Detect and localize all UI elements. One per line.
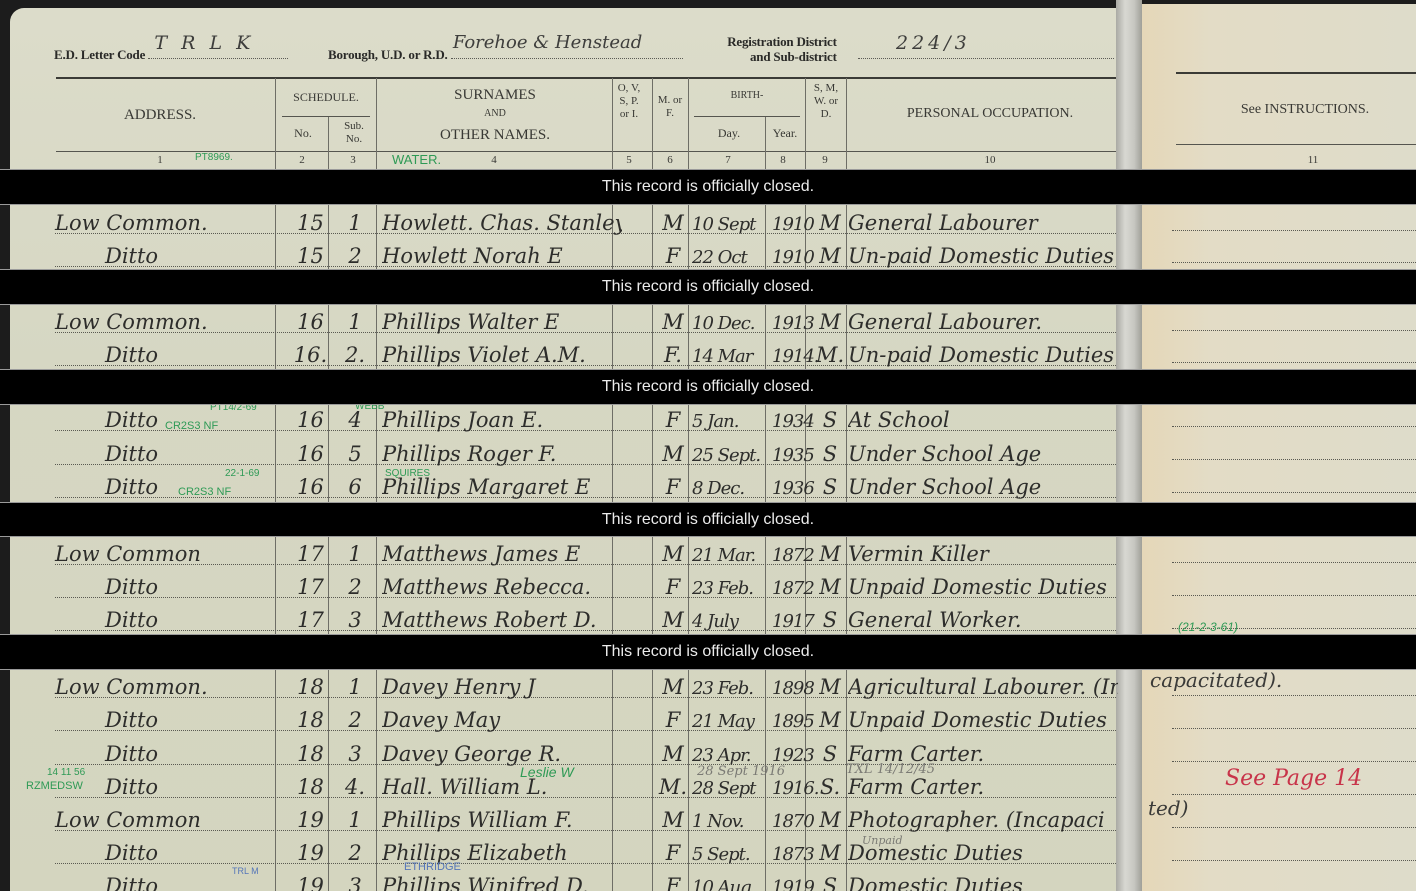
name-cell: Phillips William F. bbox=[382, 808, 622, 832]
birth-day-cell: 23 Feb. bbox=[692, 678, 780, 699]
occupation-cell: General Labourer. bbox=[848, 310, 1118, 334]
occupation-cell: At School bbox=[848, 408, 1118, 432]
right-page-dotted-rule bbox=[1172, 492, 1416, 493]
schedule-sub-cell: 1 bbox=[340, 211, 370, 235]
name-cell: Phillips Winifred D. bbox=[382, 874, 622, 891]
birth-day-cell: 22 Oct bbox=[692, 247, 780, 268]
book-gutter bbox=[1116, 0, 1142, 891]
occupation-cell: General Worker. bbox=[848, 608, 1118, 632]
col-smwd: S, M, W. or D. bbox=[808, 82, 844, 121]
right-page-dotted-rule bbox=[1172, 794, 1416, 795]
marital-status-cell: S bbox=[816, 442, 844, 466]
birth-year-cell: 1910 bbox=[772, 247, 816, 268]
marital-status-cell: S bbox=[816, 874, 844, 891]
name-cell: Matthews Rebecca. bbox=[382, 575, 622, 599]
schedule-sub-cell: 3 bbox=[340, 608, 370, 632]
annotation-joan-ref: CR2S3 NF bbox=[165, 420, 218, 432]
name-cell: Phillips Walter E bbox=[382, 310, 622, 334]
census-record-row: Low Common.181Davey Henry JM23 Feb.1898M… bbox=[10, 667, 1116, 700]
sex-cell: M bbox=[658, 310, 688, 334]
sex-cell: F bbox=[658, 408, 688, 432]
sex-cell: F bbox=[658, 475, 688, 499]
sex-cell: F bbox=[658, 244, 688, 268]
schedule-no-cell: 19 bbox=[288, 841, 333, 865]
closed-record-banner: This record is officially closed. bbox=[0, 169, 1416, 205]
census-record-row: Ditto183Davey George R.M23 Apr.1923SFarm… bbox=[10, 734, 1116, 767]
closed-record-banner: This record is officially closed. bbox=[0, 269, 1416, 305]
sex-cell: M bbox=[658, 608, 688, 632]
birth-year-cell: 1913 bbox=[772, 313, 816, 334]
annotation-top-address: PT8969. bbox=[195, 152, 233, 163]
birth-day-cell: 10 Sept bbox=[692, 214, 780, 235]
schedule-sub-cell: 2 bbox=[340, 244, 370, 268]
schedule-sub-cell: 6 bbox=[340, 475, 370, 499]
sex-cell: M bbox=[658, 542, 688, 566]
column-number: 3 bbox=[343, 154, 363, 166]
annotation-hall-name: Leslie W bbox=[520, 764, 574, 780]
registration-label-2: and Sub-district bbox=[720, 49, 837, 64]
right-page-dotted-rule bbox=[1172, 827, 1416, 828]
schedule-no-cell: 15 bbox=[288, 211, 333, 235]
marital-status-cell: M bbox=[816, 841, 844, 865]
right-page-dotted-rule bbox=[1172, 330, 1416, 331]
marital-status-cell: S bbox=[816, 742, 844, 766]
birth-year-cell: 1872 bbox=[772, 578, 816, 599]
birth-day-cell: 4 July bbox=[692, 611, 780, 632]
borough-value: Forehoe & Henstead bbox=[453, 32, 642, 53]
schedule-sub-cell: 4. bbox=[340, 775, 370, 799]
census-record-row: Ditto152Howlett Norah EF22 Oct1910MUn-pa… bbox=[10, 236, 1116, 269]
birth-year-cell: 1895 bbox=[772, 711, 816, 732]
name-cell: Howlett Norah E bbox=[382, 244, 622, 268]
occupation-cell: Photographer. (Incapaci bbox=[848, 808, 1118, 832]
column-number: 11 bbox=[1303, 154, 1323, 166]
col-mf: M. or F. bbox=[654, 94, 686, 120]
census-record-row: Ditto166Phillips Margaret EF8 Dec.1936SU… bbox=[10, 467, 1116, 500]
birth-day-cell: 5 Jan. bbox=[692, 411, 780, 432]
closed-record-banner: This record is officially closed. bbox=[0, 502, 1416, 537]
name-cell: Matthews James E bbox=[382, 542, 622, 566]
census-record-row: Ditto172Matthews Rebecca.F23 Feb.1872MUn… bbox=[10, 567, 1116, 600]
birth-year-cell: 1934 bbox=[772, 411, 816, 432]
col-schedule-sub: Sub. No. bbox=[338, 120, 370, 146]
col-other-names: OTHER NAMES. bbox=[380, 126, 610, 144]
annotation-right-green: (21-2-3-61) bbox=[1178, 620, 1238, 634]
schedule-sub-cell: 2 bbox=[340, 575, 370, 599]
right-header-rule bbox=[1176, 144, 1416, 145]
column-number: 4 bbox=[484, 154, 504, 166]
occupation-cell: Vermin Killer bbox=[848, 542, 1118, 566]
schedule-no-cell: 17 bbox=[288, 542, 333, 566]
right-page-dotted-rule bbox=[1172, 426, 1416, 427]
column-number: 10 bbox=[980, 154, 1000, 166]
col-birth-day: Day. bbox=[694, 126, 764, 140]
occupation-cell: Unpaid Domestic Duties bbox=[848, 708, 1118, 732]
address-cell: Low Common. bbox=[10, 211, 320, 235]
birth-day-cell: 28 Sept bbox=[692, 778, 780, 799]
address-cell: Low Common. bbox=[10, 675, 320, 699]
census-record-row: Ditto16.2.Phillips Violet A.M.F.14 Mar19… bbox=[10, 335, 1116, 368]
marital-status-cell: S bbox=[816, 475, 844, 499]
marital-status-cell: M bbox=[816, 310, 844, 334]
schedule-no-cell: 16 bbox=[288, 475, 333, 499]
sex-cell: F bbox=[658, 841, 688, 865]
address-cell: Low Common bbox=[10, 808, 320, 832]
census-record-row: Low Common191Phillips William F.M1 Nov.1… bbox=[10, 800, 1116, 833]
sex-cell: M bbox=[658, 808, 688, 832]
marital-status-cell: S. bbox=[816, 775, 844, 799]
birth-day-cell: 5 Sept. bbox=[692, 844, 780, 865]
right-page-dotted-rule bbox=[1172, 761, 1416, 762]
marital-status-cell: S bbox=[816, 608, 844, 632]
schedule-sub-cell: 2 bbox=[340, 841, 370, 865]
name-cell: Davey Henry J bbox=[382, 675, 622, 699]
schedule-sub-cell: 1 bbox=[340, 808, 370, 832]
column-number: 7 bbox=[718, 154, 738, 166]
birth-year-cell: 1916. bbox=[772, 778, 816, 799]
birth-day-cell: 1 Nov. bbox=[692, 811, 780, 832]
ed-letter-code-value: T R L K bbox=[154, 32, 254, 54]
census-page-viewer: E.D. Letter Code T R L K Borough, U.D. o… bbox=[0, 0, 1416, 891]
schedule-sub-cell: 1 bbox=[340, 675, 370, 699]
birth-year-cell: 1919 bbox=[772, 877, 816, 891]
annotation-right-ted: ted) bbox=[1148, 796, 1188, 820]
registration-label-1: Registration District bbox=[720, 34, 837, 49]
col-schedule-no: No. bbox=[280, 126, 326, 140]
birth-day-cell: 10 Dec. bbox=[692, 313, 780, 334]
ed-letter-code: E.D. Letter Code T R L K bbox=[54, 44, 288, 63]
schedule-no-cell: 16 bbox=[288, 310, 333, 334]
birth-day-cell: 21 May bbox=[692, 711, 780, 732]
annotation-winifred-margin: TRL M bbox=[232, 866, 259, 876]
annotation-right-capacitated: capacitated). bbox=[1150, 668, 1282, 692]
occupation-cell: Under School Age bbox=[848, 475, 1118, 499]
right-page-dotted-rule bbox=[1172, 860, 1416, 861]
borough-label: Borough, U.D. or R.D. bbox=[328, 47, 448, 62]
marital-status-cell: M bbox=[816, 675, 844, 699]
schedule-sub-cell: 3 bbox=[340, 874, 370, 891]
annotation-winifred-surname: ETHRIDGE bbox=[404, 861, 461, 873]
closed-record-banner: This record is officially closed. bbox=[0, 369, 1416, 405]
registration-district: Registration District and Sub-district bbox=[720, 34, 837, 64]
birth-year-cell: 1936 bbox=[772, 478, 816, 499]
annotation-see-page: See Page 14 bbox=[1225, 766, 1362, 791]
occupation-cell: Domestic Duties bbox=[848, 874, 1118, 891]
col-occupation: PERSONAL OCCUPATION. bbox=[850, 106, 1130, 123]
col-surnames: SURNAMES bbox=[380, 86, 610, 104]
column-number: 6 bbox=[660, 154, 680, 166]
sex-cell: M bbox=[658, 442, 688, 466]
marital-status-cell: M bbox=[816, 542, 844, 566]
birth-year-cell: 1898 bbox=[772, 678, 816, 699]
annotation-margaret-surname: SQUIRES bbox=[385, 468, 430, 479]
column-number: 8 bbox=[773, 154, 793, 166]
sex-cell: M. bbox=[658, 775, 688, 799]
marital-status-cell: M bbox=[816, 808, 844, 832]
schedule-sub-cell: 3 bbox=[340, 742, 370, 766]
birth-day-cell: 23 Apr. bbox=[692, 745, 780, 766]
annotation-hall-ref: RZMEDSW bbox=[26, 780, 83, 792]
birth-day-cell: 10 Aug bbox=[692, 877, 780, 891]
occupation-cell: Un-paid Domestic Duties bbox=[848, 244, 1118, 268]
col-birth: BIRTH- bbox=[694, 90, 800, 102]
schedule-no-cell: 15 bbox=[288, 244, 333, 268]
schedule-no-cell: 19 bbox=[288, 808, 333, 832]
name-cell: Howlett. Chas. Stanley bbox=[382, 211, 622, 235]
marital-status-cell: M bbox=[816, 244, 844, 268]
annotation-margaret-date: 22-1-69 bbox=[225, 468, 259, 479]
schedule-no-cell: 18 bbox=[288, 675, 333, 699]
annotation-top-name: WATER. bbox=[392, 152, 441, 167]
schedule-sub-cell: 2 bbox=[340, 708, 370, 732]
schedule-no-cell: 17 bbox=[288, 608, 333, 632]
name-cell: Phillips Joan E. bbox=[382, 408, 622, 432]
right-page-dotted-rule bbox=[1172, 362, 1416, 363]
birth-year-cell: 1873 bbox=[772, 844, 816, 865]
marital-status-cell: S bbox=[816, 408, 844, 432]
col-instructions: See INSTRUCTIONS. bbox=[1200, 102, 1410, 119]
address-cell: Low Common bbox=[10, 542, 320, 566]
ed-letter-code-label: E.D. Letter Code bbox=[54, 47, 145, 62]
sex-cell: F. bbox=[658, 343, 688, 367]
birth-day-cell: 14 Mar bbox=[692, 346, 780, 367]
name-cell: Hall. William L. bbox=[382, 775, 622, 799]
schedule-no-cell: 16. bbox=[288, 343, 333, 367]
sex-cell: F bbox=[658, 708, 688, 732]
borough: Borough, U.D. or R.D. Forehoe & Henstead bbox=[328, 44, 683, 63]
occupation-cell: General Labourer bbox=[848, 211, 1118, 235]
occupation-cell: Farm Carter. bbox=[848, 775, 1118, 799]
col-ovspi: O, V, S, P. or I. bbox=[614, 82, 644, 121]
schedule-sub-cell: 2. bbox=[340, 343, 370, 367]
name-cell: Matthews Robert D. bbox=[382, 608, 622, 632]
annotation-margaret-ref: CR2S3 NF bbox=[178, 486, 231, 498]
column-number: 5 bbox=[619, 154, 639, 166]
birth-day-cell: 23 Feb. bbox=[692, 578, 780, 599]
col-schedule: SCHEDULE. bbox=[278, 90, 374, 104]
birth-year-cell: 1910 bbox=[772, 214, 816, 235]
census-record-row: Ditto182Davey MayF21 May1895MUnpaid Dome… bbox=[10, 700, 1116, 733]
right-page bbox=[1142, 4, 1416, 891]
address-cell: Low Common. bbox=[10, 310, 320, 334]
name-cell: Phillips Violet A.M. bbox=[382, 343, 622, 367]
birth-year-cell: 1917 bbox=[772, 611, 816, 632]
schedule-no-cell: 17 bbox=[288, 575, 333, 599]
annotation-hall-date: 14 11 56 bbox=[47, 767, 85, 778]
schedule-no-cell: 18 bbox=[288, 742, 333, 766]
birth-year-cell: 1914. bbox=[772, 346, 816, 367]
schedule-no-cell: 16 bbox=[288, 442, 333, 466]
right-top-rule bbox=[1176, 72, 1416, 74]
birth-day-cell: 25 Sept. bbox=[692, 445, 780, 466]
schedule-no-cell: 16 bbox=[288, 408, 333, 432]
schedule-no-cell: 19 bbox=[288, 874, 333, 891]
birth-year-cell: 1870 bbox=[772, 811, 816, 832]
col-birth-year: Year. bbox=[766, 126, 804, 140]
sex-cell: M bbox=[658, 675, 688, 699]
column-number: 9 bbox=[815, 154, 835, 166]
col-surnames-and: AND bbox=[380, 108, 610, 120]
census-record-row: Ditto192Phillips ElizabethF5 Sept.1873MD… bbox=[10, 833, 1116, 866]
schedule-sub-cell: 5 bbox=[340, 442, 370, 466]
census-record-row: Low Common.151Howlett. Chas. StanleyM10 … bbox=[10, 203, 1116, 236]
census-record-row: Low Common171Matthews James EM21 Mar.187… bbox=[10, 534, 1116, 567]
annotation-unpaid: Unpaid bbox=[862, 834, 903, 847]
right-page-dotted-rule bbox=[1172, 230, 1416, 231]
right-page-dotted-rule bbox=[1172, 728, 1416, 729]
right-page-dotted-rule bbox=[1172, 695, 1416, 696]
name-cell: Phillips Roger F. bbox=[382, 442, 622, 466]
occupation-cell: Agricultural Labourer. (In bbox=[848, 675, 1118, 699]
birth-year-cell: 1923 bbox=[772, 745, 816, 766]
registration-value-field: 224/3 bbox=[858, 44, 1114, 63]
marital-status-cell: M bbox=[816, 708, 844, 732]
birth-year-cell: 1872 bbox=[772, 545, 816, 566]
registration-value: 224/3 bbox=[896, 32, 971, 54]
census-record-row: Ditto165Phillips Roger F.M25 Sept.1935SU… bbox=[10, 434, 1116, 467]
marital-status-cell: M bbox=[816, 575, 844, 599]
census-record-row: Ditto173Matthews Robert D.M4 July1917SGe… bbox=[10, 600, 1116, 633]
closed-record-banner: This record is officially closed. bbox=[0, 634, 1416, 670]
birth-day-cell: 21 Mar. bbox=[692, 545, 780, 566]
name-cell: Davey George R. bbox=[382, 742, 622, 766]
sex-cell: F bbox=[658, 575, 688, 599]
annotation-hall-tx: TXL 14/12/45 bbox=[846, 762, 935, 777]
sex-cell: M bbox=[658, 742, 688, 766]
sex-cell: F bbox=[658, 874, 688, 891]
column-number: 2 bbox=[292, 154, 312, 166]
header-top-rule bbox=[56, 77, 1116, 79]
name-cell: Davey May bbox=[382, 708, 622, 732]
schedule-no-cell: 18 bbox=[288, 775, 333, 799]
occupation-cell: Under School Age bbox=[848, 442, 1118, 466]
column-number: 1 bbox=[150, 154, 170, 166]
right-page-dotted-rule bbox=[1172, 595, 1416, 596]
census-record-row: Ditto193Phillips Winifred D.F10 Aug1919S… bbox=[10, 866, 1116, 891]
annotation-hall-birth: 28 Sept 1916 bbox=[697, 764, 785, 779]
occupation-cell: Un-paid Domestic Duties bbox=[848, 343, 1118, 367]
marital-status-cell: M. bbox=[816, 343, 844, 367]
schedule-sub-cell: 1 bbox=[340, 310, 370, 334]
marital-status-cell: M bbox=[816, 211, 844, 235]
schedule-no-cell: 18 bbox=[288, 708, 333, 732]
col-address: ADDRESS. bbox=[60, 106, 260, 124]
right-page-dotted-rule bbox=[1172, 562, 1416, 563]
right-page-dotted-rule bbox=[1172, 459, 1416, 460]
birth-day-cell: 8 Dec. bbox=[692, 478, 780, 499]
occupation-cell: Unpaid Domestic Duties bbox=[848, 575, 1118, 599]
right-page-dotted-rule bbox=[1172, 262, 1416, 263]
census-record-row: Low Common.161Phillips Walter EM10 Dec.1… bbox=[10, 302, 1116, 335]
schedule-sub-cell: 1 bbox=[340, 542, 370, 566]
sex-cell: M bbox=[658, 211, 688, 235]
birth-year-cell: 1935 bbox=[772, 445, 816, 466]
